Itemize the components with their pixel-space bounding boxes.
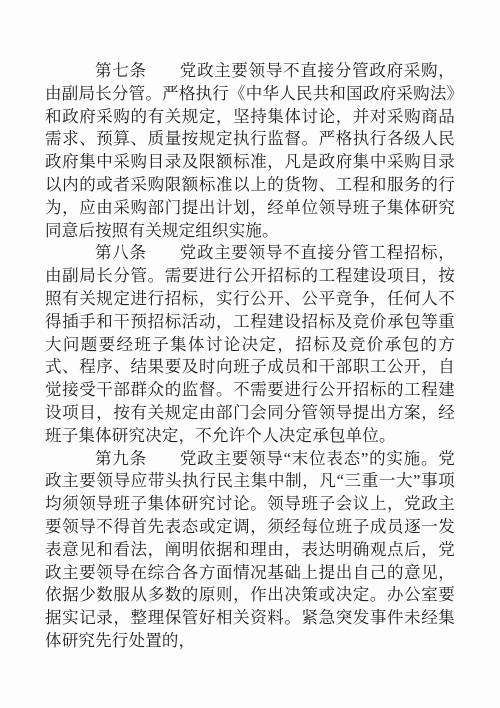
document-page: 第七条党政主要领导不直接分管政府采购，由副局长分管。严格执行《中华人民共和国政府… [0, 0, 500, 708]
article-8-body: 党政主要领导不直接分管工程招标，由副局长分管。需要进行公开招标的工程建设项目，按… [45, 243, 455, 444]
article-9-body: 党政主要领导“末位表态”的实施。党政主要领导应带头执行民主集中制，凡“三重一大”… [45, 449, 455, 650]
article-9-number: 第九条 [95, 449, 147, 468]
article-8-paragraph: 第八条党政主要领导不直接分管工程招标，由副局长分管。需要进行公开招标的工程建设项… [45, 242, 455, 447]
article-9-paragraph: 第九条党政主要领导“末位表态”的实施。党政主要领导应带头执行民主集中制，凡“三重… [45, 448, 455, 653]
article-8-number: 第八条 [95, 243, 147, 262]
article-7-number: 第七条 [95, 61, 147, 80]
article-7-paragraph: 第七条党政主要领导不直接分管政府采购，由副局长分管。严格执行《中华人民共和国政府… [45, 60, 455, 242]
article-7-body: 党政主要领导不直接分管政府采购，由副局长分管。严格执行《中华人民共和国政府采购法… [45, 61, 455, 240]
